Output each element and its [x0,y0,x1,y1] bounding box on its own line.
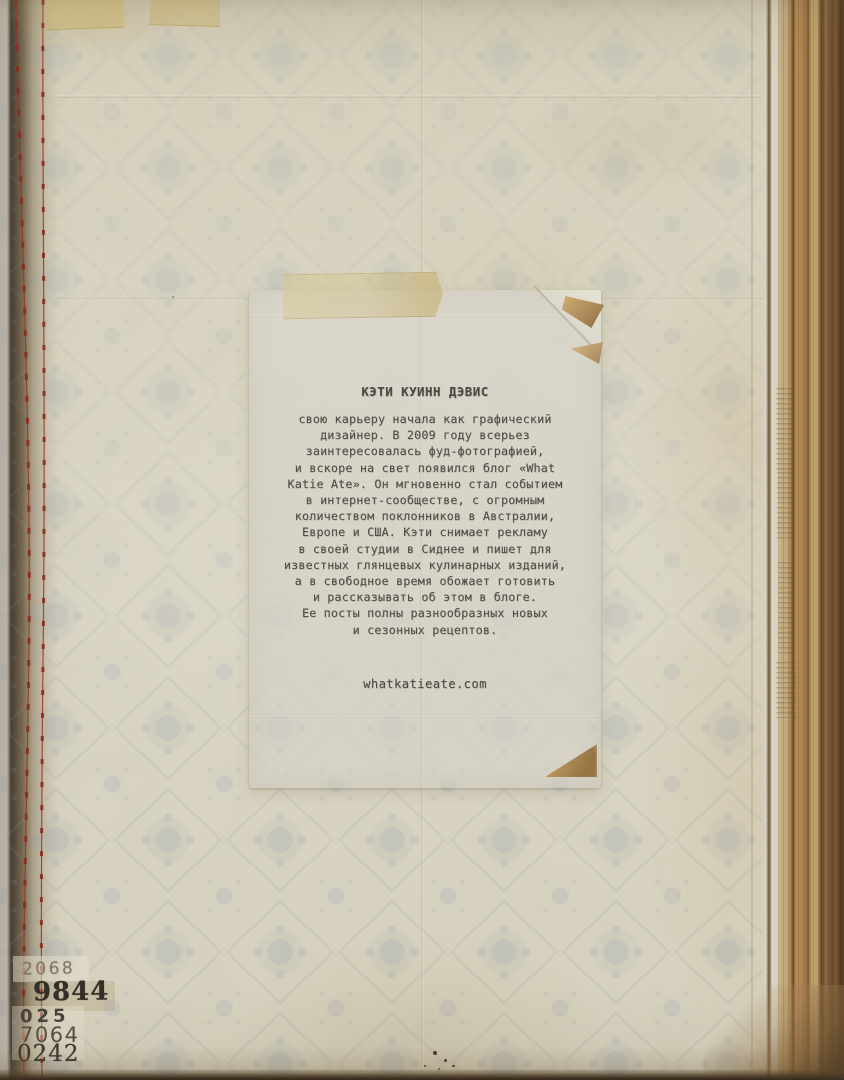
page-background: КЭТИ КУИНН ДЭВИС свою карьеру начала как… [0,0,844,1080]
card-title: КЭТИ КУИНН ДЭВИС [249,384,601,399]
right-page-edges [762,0,844,1080]
card-body: свою карьеру начала как графический диза… [249,411,601,638]
note-card: КЭТИ КУИНН ДЭВИС свою карьеру начала как… [249,290,601,788]
bottom-edge-shadow [0,1069,844,1080]
tape-piece-top-left-1 [45,0,124,30]
tape-piece-top-left-2 [150,0,221,27]
card-website-url: whatkatieate.com [249,677,601,691]
vertical-streak [751,0,753,1080]
card-body-line: а в свободное время обожает готовить [249,573,601,589]
card-body-line: количеством поклонников в Австралии, [249,508,601,524]
card-body-line: и вскоре на свет появился блог «What [249,460,601,476]
page-edge-striations [778,0,844,1080]
bottom-right-corner-wear [704,985,844,1080]
card-body-line: Katie Ate». Он мгновенно стал событием [249,476,601,492]
card-body-line: известных глянцевых кулинарных изданий, [249,557,601,573]
card-body-line: заинтересовалась фуд-фотографией, [249,443,601,459]
page-edge-showthrough-text [776,388,795,470]
page-edge-showthrough-text [777,472,794,540]
card-body-line: и сезонных рецептов. [249,622,601,638]
card-body-line: и рассказывать об этом в блоге. [249,589,601,605]
card-body-line: в своей студии в Сиднее и пишет для [249,541,601,557]
card-body-line: в интернет-сообществе, с огромным [249,492,601,508]
card-body-line: дизайнер. В 2009 году всерьез [249,427,601,443]
card-body-line: Ее посты полны разнообразных новых [249,605,601,621]
horizontal-crease-top [56,95,762,98]
page-edge-showthrough-text [776,662,796,718]
page-edge-showthrough-text [778,562,793,654]
card-body-line: Европе и США. Кэти снимает рекламу [249,524,601,540]
ink-speck [172,296,174,298]
card-body-line: свою карьеру начала как графический [249,411,601,427]
stamp-number-2: 9844 [33,977,110,1008]
card-text-block: КЭТИ КУИНН ДЭВИС свою карьеру начала как… [249,290,601,788]
